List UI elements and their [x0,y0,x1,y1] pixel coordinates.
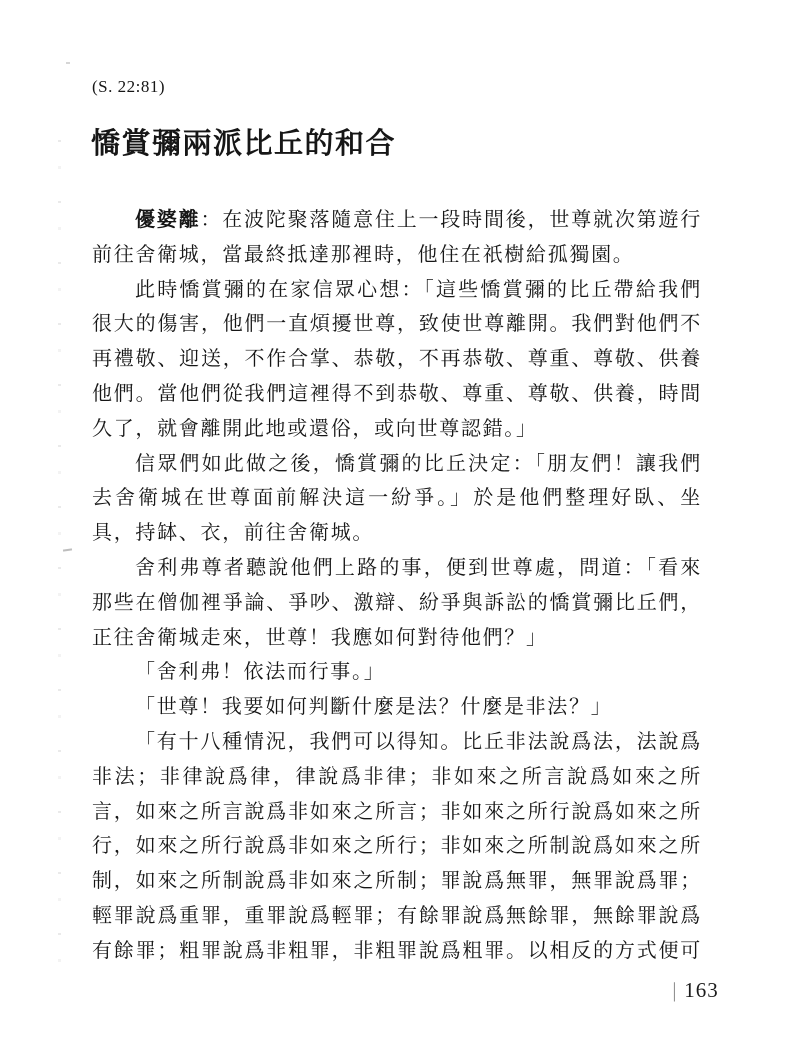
text-line: 「世尊！我要如何判斷什麼是法？什麼是非法？」 [92,690,702,725]
paragraph: 優婆離：在波陀聚落隨意住上一段時間後，世尊就次第遊行前往舍衛城，當最終抵達那裡時… [92,203,702,273]
paragraph: 「世尊！我要如何判斷什麼是法？什麼是非法？」 [92,690,702,725]
text-line: 很大的傷害，他們一直煩擾世尊，致使世尊離開。我們對他們不 [92,307,702,342]
text-line: 「舍利弗！依法而行事。」 [92,655,702,690]
text-line: 「有十八種情況，我們可以得知。比丘非法說爲法，法說爲 [92,725,702,760]
text-line: 久了，就會離開此地或還俗，或向世尊認錯。」 [92,412,702,447]
scan-noise-strip [58,140,61,980]
paragraph: 信眾們如此做之後，憍賞彌的比丘決定：「朋友們！讓我們去舍衛城在世尊面前解決這一紛… [92,447,702,551]
page-number: 163 [684,978,719,1002]
speaker-name: 優婆離 [135,209,200,231]
paragraph: 此時憍賞彌的在家信眾心想：「這些憍賞彌的比丘帶給我們很大的傷害，他們一直煩擾世尊… [92,273,702,447]
text-line: 非法；非律說爲律，律說爲非律；非如來之所言說爲如來之所 [92,760,702,795]
body-text: 優婆離：在波陀聚落隨意住上一段時間後，世尊就次第遊行前往舍衛城，當最終抵達那裡時… [92,203,702,969]
text-line: 制，如來之所制說爲非如來之所制；罪說爲無罪，無罪說爲罪； [92,864,702,899]
text-line: 再禮敬、迎送，不作合掌、恭敬，不再恭敬、尊重、尊敬、供養 [92,342,702,377]
book-page: (S. 22:81) 憍賞彌兩派比丘的和合 優婆離：在波陀聚落隨意住上一段時間後… [0,0,792,1056]
text-line: 此時憍賞彌的在家信眾心想：「這些憍賞彌的比丘帶給我們 [92,273,702,308]
scan-noise-dash [66,62,70,64]
text-line: 那些在僧伽裡爭論、爭吵、激辯、紛爭與訴訟的憍賞彌比丘們， [92,586,702,621]
paragraph: 「舍利弗！依法而行事。」 [92,655,702,690]
text-line: 行，如來之所行說爲非如來之所行；非如來之所制說爲如來之所 [92,829,702,864]
text-line: 信眾們如此做之後，憍賞彌的比丘決定：「朋友們！讓我們 [92,447,702,482]
text-line: 具，持缽、衣，前往舍衛城。 [92,516,702,551]
text-line: 舍利弗尊者聽說他們上路的事，便到世尊處，問道：「看來 [92,551,702,586]
text-line: 他們。當他們從我們這裡得不到恭敬、尊重、尊敬、供養，時間 [92,377,702,412]
text-line: 優婆離：在波陀聚落隨意住上一段時間後，世尊就次第遊行 [92,203,702,238]
paragraph: 「有十八種情況，我們可以得知。比丘非法說爲法，法說爲非法；非律說爲律，律說爲非律… [92,725,702,969]
text-line: 正往舍衛城走來，世尊！我應如何對待他們？」 [92,621,702,656]
page-title: 憍賞彌兩派比丘的和合 [91,121,396,162]
text-line: 去舍衛城在世尊面前解決這一紛爭。」於是他們整理好臥、坐 [92,481,702,516]
text-line: 輕罪說爲重罪，重罪說爲輕罪；有餘罪說爲無餘罪，無餘罪說爲 [92,899,702,934]
scan-noise-dash [63,548,72,551]
sutta-reference: (S. 22:81) [92,77,165,97]
folio-separator: | [673,978,676,1003]
text-line: 有餘罪；粗罪說爲非粗罪，非粗罪說爲粗罪。以相反的方式便可 [92,934,702,969]
paragraph: 舍利弗尊者聽說他們上路的事，便到世尊處，問道：「看來那些在僧伽裡爭論、爭吵、激辯… [92,551,702,655]
text-line: 前往舍衛城，當最終抵達那裡時，他住在祇樹給孤獨園。 [92,238,702,273]
folio: |163 [672,978,719,1003]
text-line: 言，如來之所言說爲非如來之所言；非如來之所行說爲如來之所 [92,795,702,830]
